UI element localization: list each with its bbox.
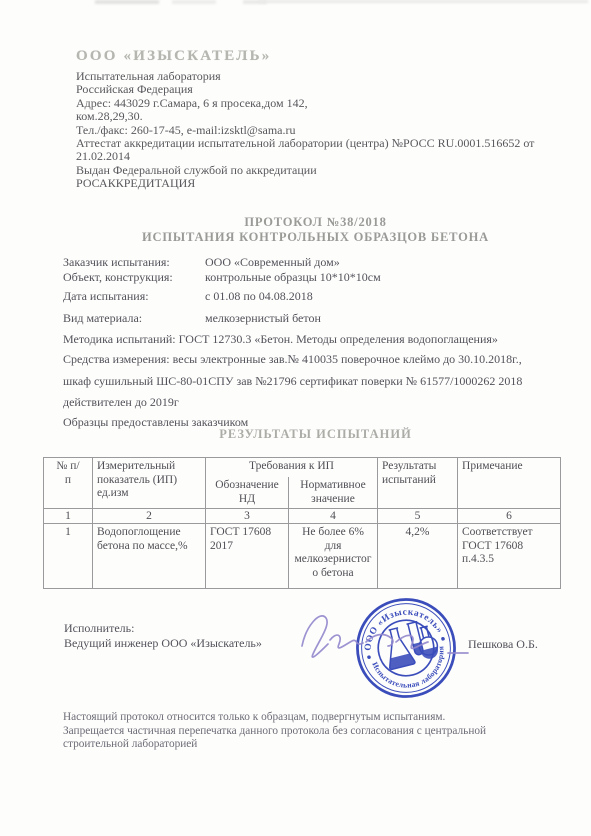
header-designation: Обозначение НД xyxy=(206,477,289,509)
org-line-issued-by: Выдан Федеральной службой по аккредитаци… xyxy=(76,164,570,177)
header-num: № п/п xyxy=(44,458,93,509)
scan-artifact xyxy=(258,0,588,3)
footer-line: Настоящий протокол относится только к об… xyxy=(63,711,570,725)
executor-label: Исполнитель: xyxy=(64,621,262,636)
org-line-country: Российская Федерация xyxy=(76,83,570,96)
results-table: № п/п Измерительный показатель (ИП) ед.и… xyxy=(43,457,561,589)
org-line-address: Адрес: 443029 г.Самара, 6 я просека,дом … xyxy=(76,97,570,110)
field-label: Дата испытания: xyxy=(63,289,205,303)
header-requirements-group: Требования к ИП xyxy=(206,458,378,478)
col-number: 3 xyxy=(206,509,289,524)
field-label: Заказчик испытания: xyxy=(63,255,205,269)
col-number: 5 xyxy=(378,509,458,524)
table-header-row: № п/п Измерительный показатель (ИП) ед.и… xyxy=(44,458,561,478)
protocol-subject: ИСПЫТАНИЯ КОНТРОЛЬНЫХ ОБРАЗЦОВ БЕТОНА xyxy=(40,230,591,245)
field-material: Вид материала:мелкозернистый бетон xyxy=(63,311,570,325)
footer-line: Запрещается частичная перепечатка данног… xyxy=(63,725,570,739)
protocol-title: ПРОТОКОЛ №38/2018 ИСПЫТАНИЯ КОНТРОЛЬНЫХ … xyxy=(40,215,591,245)
cell-normative: Не более 6% для мелкозернистого бетона xyxy=(289,524,378,589)
protocol-number: ПРОТОКОЛ №38/2018 xyxy=(40,215,591,230)
paragraph-method: Методика испытаний: ГОСТ 12730.3 «Бетон.… xyxy=(63,332,570,346)
protocol-fields: Заказчик испытания:ООО «Современный дом»… xyxy=(63,255,570,429)
executor-block: Исполнитель: Ведущий инженер ООО «Изыска… xyxy=(64,621,262,651)
cell-result: 4,2% xyxy=(378,524,458,589)
cell-num: 1 xyxy=(44,524,93,589)
field-value: контрольные образцы 10*10*10см xyxy=(205,270,381,284)
footer-line: строительной лабораторией xyxy=(63,738,570,752)
header-note: Примечание xyxy=(458,458,561,509)
paragraph-instruments: Средства измерения: весы электронные зав… xyxy=(63,352,570,366)
field-customer: Заказчик испытания:ООО «Современный дом» xyxy=(63,255,570,269)
results-table-wrap: № п/п Измерительный показатель (ИП) ед.и… xyxy=(43,457,561,589)
header-indicator: Измерительный показатель (ИП) ед.изм xyxy=(93,458,206,509)
header-results: Результаты испытаний xyxy=(378,458,458,509)
column-numbers-row: 1 2 3 4 5 6 xyxy=(44,509,561,524)
scan-artifact xyxy=(172,0,216,4)
scanned-protocol-page: ООО «ИЗЫСКАТЕЛЬ» Испытательная лаборатор… xyxy=(0,0,591,836)
table-row: 1 Водопоглощение бетона по массе,% ГОСТ … xyxy=(44,524,561,589)
org-line-rosaccreditation: РОСАККРЕДИТАЦИЯ xyxy=(76,177,570,190)
executor-name: Пешкова О.Б. xyxy=(468,637,538,652)
scan-artifact xyxy=(95,0,159,4)
signature-svg xyxy=(296,602,474,672)
field-label: Вид материала: xyxy=(63,311,205,325)
cell-note: Соответствует ГОСТ 17608 п.4.3.5 xyxy=(458,524,561,589)
cell-designation: ГОСТ 17608 2017 xyxy=(206,524,289,589)
paragraph-valid-until: действителен до 2019г xyxy=(63,395,570,409)
header-normative: Нормативное значение xyxy=(289,477,378,509)
executor-role: Ведущий инженер ООО «Изыскатель» xyxy=(64,636,262,651)
org-logo: ООО «ИЗЫСКАТЕЛЬ» xyxy=(76,46,570,66)
signature xyxy=(296,602,474,672)
org-line-rooms: ком.28,29,30. xyxy=(76,110,570,123)
footer-notes: Настоящий протокол относится только к об… xyxy=(63,711,570,752)
field-object: Объект, конструкция:контрольные образцы … xyxy=(63,270,570,284)
col-number: 6 xyxy=(458,509,561,524)
field-value: с 01.08 по 04.08.2018 xyxy=(205,289,313,303)
org-line-phone: Тел./факс: 260-17-45, e-mail:izsktl@sama… xyxy=(76,124,570,137)
field-value: мелкозернистый бетон xyxy=(205,311,321,325)
field-date: Дата испытания:с 01.08 по 04.08.2018 xyxy=(63,289,570,303)
paragraph-oven: шкаф сушильный ШС-80-01СПУ зав №21796 се… xyxy=(63,374,570,388)
org-line-accreditation: Аттестат аккредитации испытательной лабо… xyxy=(76,137,570,164)
field-label: Объект, конструкция: xyxy=(63,270,205,284)
field-value: ООО «Современный дом» xyxy=(205,255,340,269)
col-number: 2 xyxy=(93,509,206,524)
results-title: РЕЗУЛЬТАТЫ ИСПЫТАНИЙ xyxy=(40,427,591,442)
org-header: ООО «ИЗЫСКАТЕЛЬ» Испытательная лаборатор… xyxy=(76,46,570,191)
cell-indicator: Водопоглощение бетона по массе,% xyxy=(93,524,206,589)
col-number: 1 xyxy=(44,509,93,524)
col-number: 4 xyxy=(289,509,378,524)
org-line-lab: Испытательная лаборатория xyxy=(76,70,570,83)
